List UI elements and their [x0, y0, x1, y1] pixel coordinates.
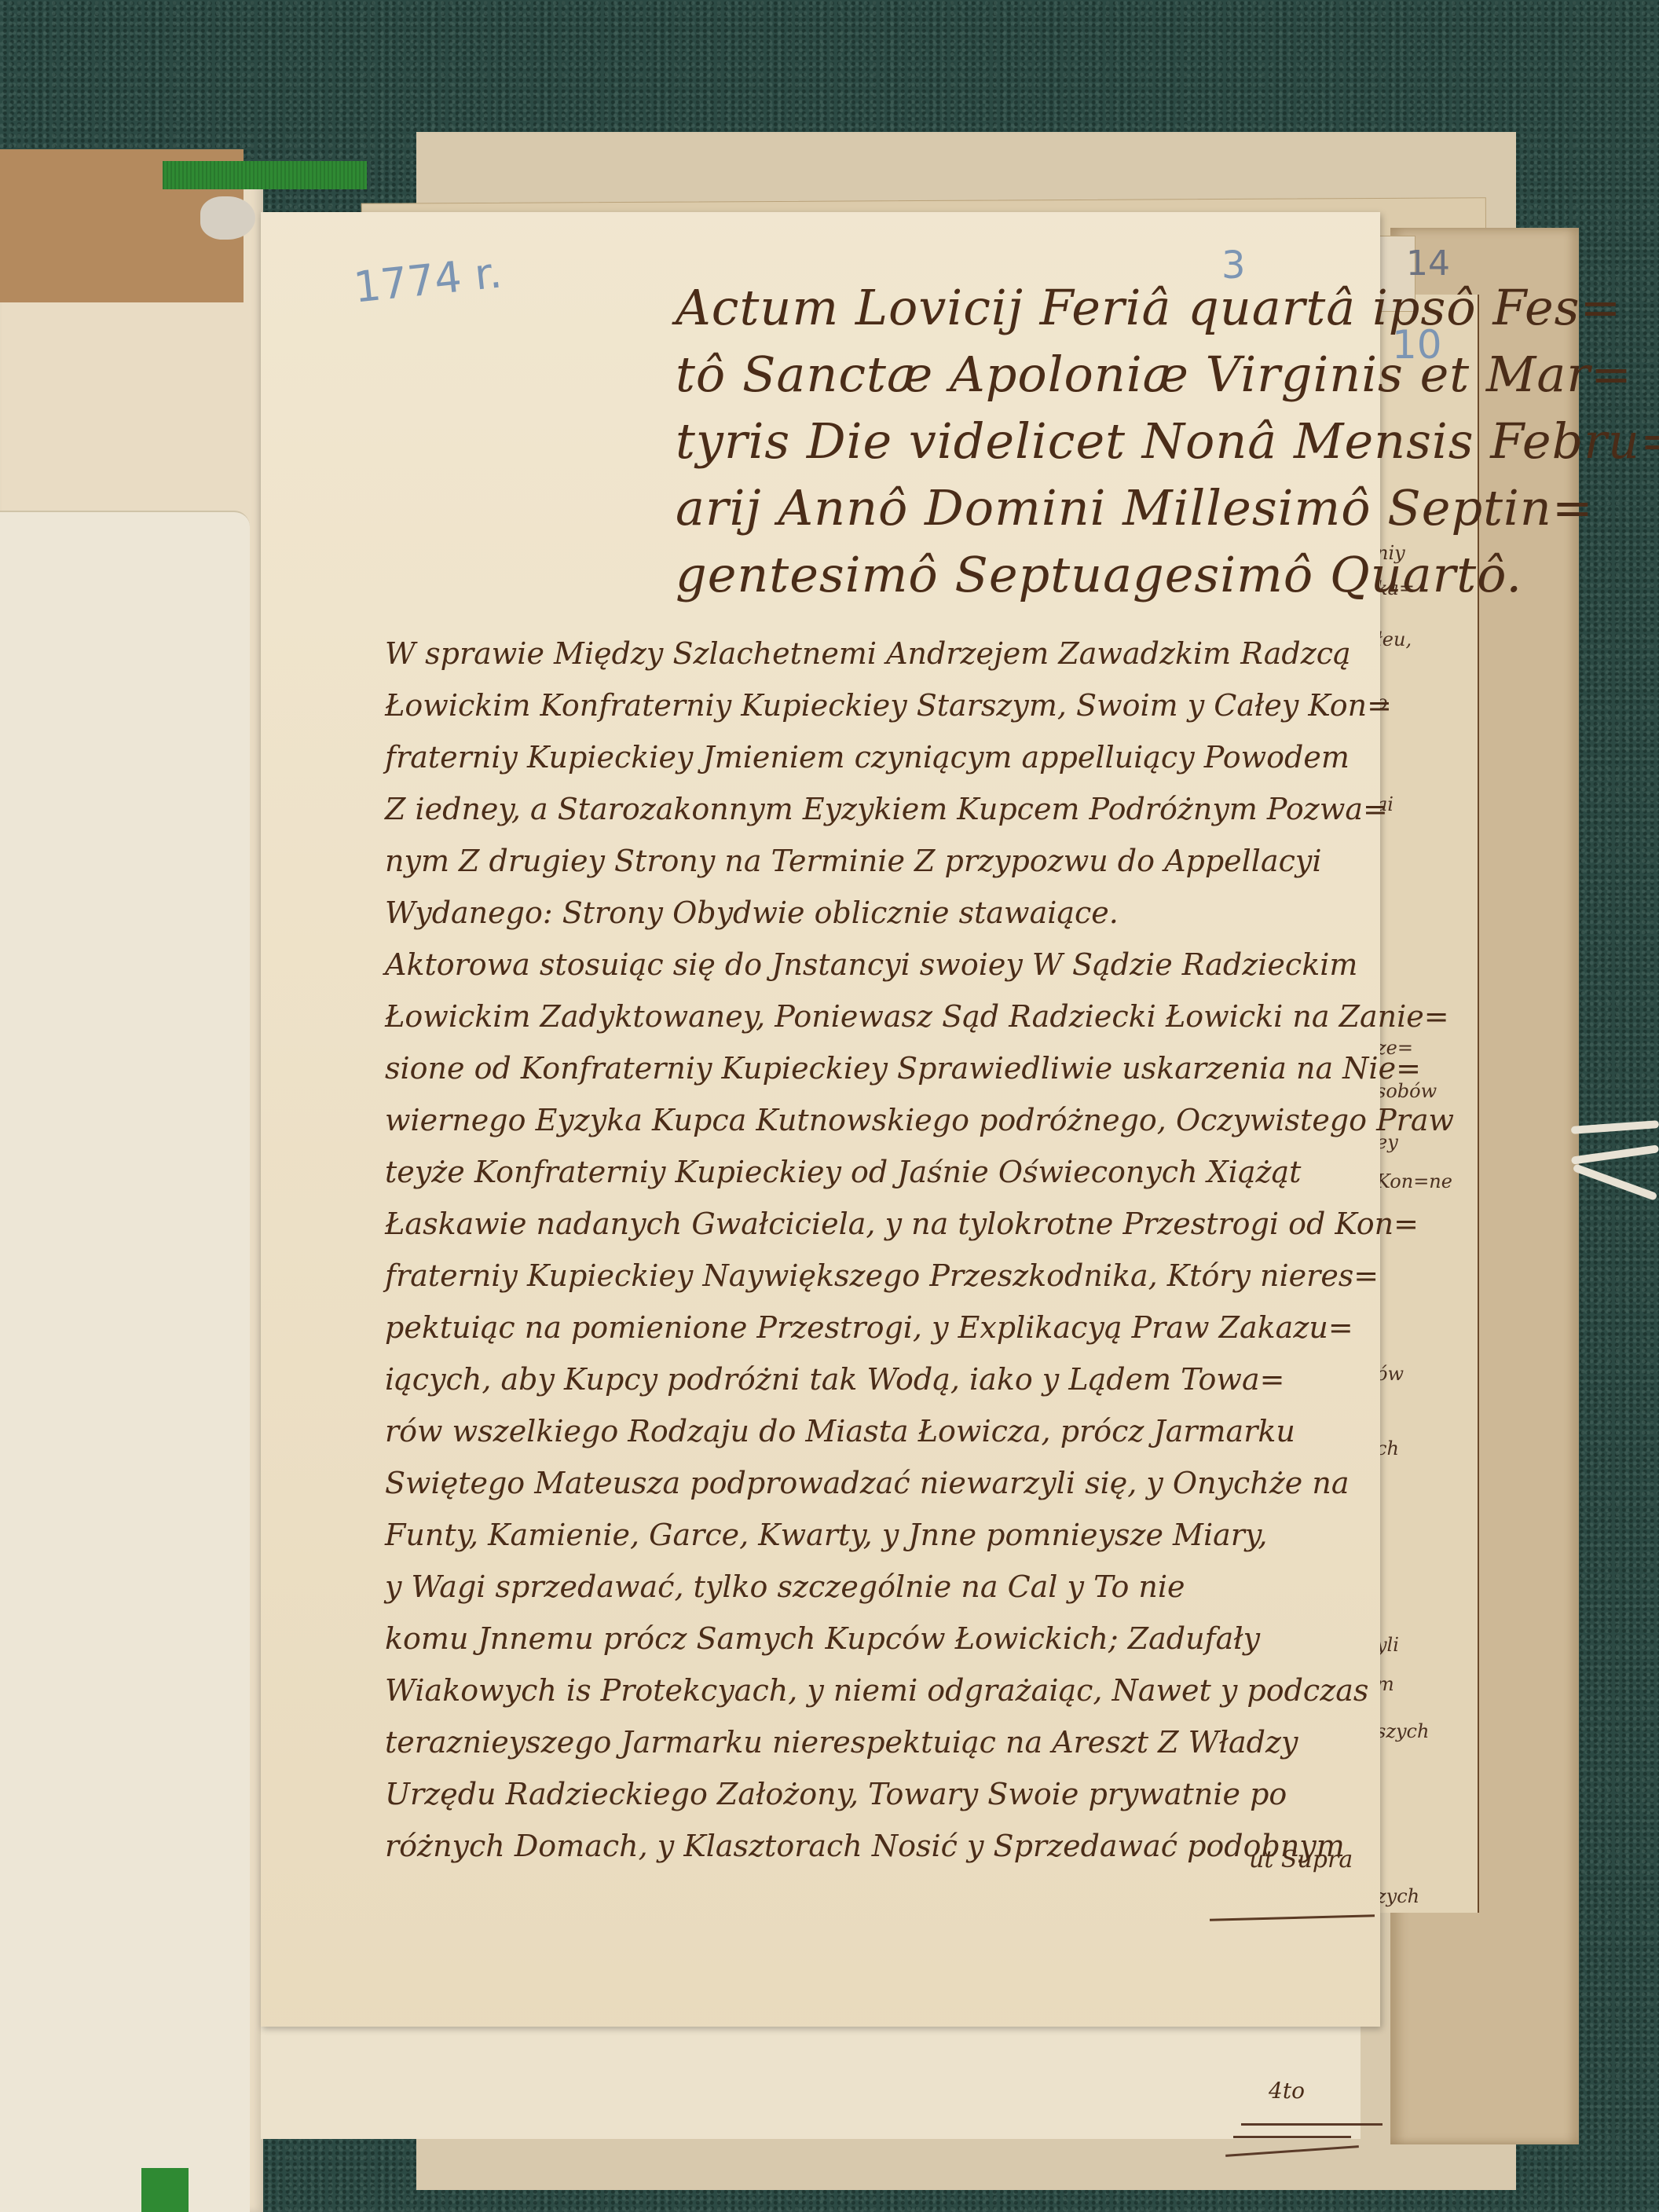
- body-line: Swiętego Mateusza podprowadzać niewarzyl…: [385, 1466, 1350, 1500]
- heading-line: tô Sanctæ Apoloniæ Virginis et Mar=: [676, 346, 1632, 403]
- body-line: Urzędu Radzieckiego Założony, Towary Swo…: [385, 1777, 1287, 1811]
- margin-fragment: łeu,: [1376, 628, 1412, 650]
- sheet-number-top: 14: [1406, 244, 1450, 284]
- body-line: wiernego Eyzyka Kupca Kutnowskiego podró…: [385, 1103, 1454, 1137]
- body-line: sione od Konfraterniy Kupieckiey Sprawie…: [385, 1051, 1421, 1086]
- body-line: y Wagi sprzedawać, tylko szczególnie na …: [385, 1569, 1185, 1604]
- heading-line: tyris Die videlicet Nonâ Mensis Febru=: [676, 412, 1659, 470]
- body-line: teyże Konfraterniy Kupieckiey od Jaśnie …: [385, 1155, 1301, 1189]
- body-line: Funty, Kamienie, Garce, Kwarty, y Jnne p…: [385, 1518, 1267, 1552]
- margin-fragment: ów: [1376, 1363, 1404, 1385]
- margin-fragment: szych: [1376, 1720, 1429, 1742]
- left-inner-sheet: [0, 511, 250, 2212]
- body-line: pektuiąc na pomienione Przestrogi, y Exp…: [385, 1310, 1353, 1345]
- body-line: Wydanego: Strony Obydwie oblicznie stawa…: [385, 895, 1119, 930]
- body-line: Łaskawie nadanych Gwałciciela, y na tylo…: [385, 1207, 1419, 1241]
- margin-fragment: zych: [1376, 1885, 1419, 1907]
- body-line: komu Jnnemu prócz Samych Kupców Łowickic…: [385, 1621, 1260, 1656]
- body-line: Wiakowych is Protekcyach, y niemi odgraż…: [385, 1673, 1368, 1708]
- body-line: fraterniy Kupieckiey Jmieniem czyniącym …: [385, 740, 1350, 775]
- page-underlay: [261, 2011, 1361, 2139]
- green-binding-tape-bottom: [141, 2168, 189, 2212]
- cover-label-tear: [200, 196, 255, 240]
- body-line: rów wszelkiego Rodzaju do Miasta Łowicza…: [385, 1414, 1295, 1448]
- body-line: Łowickim Zadyktowaney, Poniewasz Sąd Rad…: [385, 999, 1449, 1034]
- closing-ut-supra: ut Supra: [1249, 1846, 1353, 1873]
- heading-line: Actum Lovicij Feriâ quartâ ipsô Fes=: [676, 279, 1621, 336]
- body-line: Łowickim Konfraterniy Kupieckiey Starszy…: [385, 688, 1392, 723]
- body-line: Z iedney, a Starozakonnym Eyzykiem Kupce…: [385, 792, 1388, 826]
- body-line: nym Z drugiey Strony na Terminie Z przyp…: [385, 844, 1322, 878]
- body-line: teraznieyszego Jarmarku nierespektuiąc n…: [385, 1725, 1298, 1760]
- signature-flourish: [1225, 2109, 1398, 2164]
- body-line: W sprawie Między Szlachetnemi Andrzejem …: [385, 636, 1351, 671]
- body-line: Aktorowa stosuiąc się do Jnstancyi swoie…: [385, 947, 1357, 982]
- green-binding-tape: [163, 161, 367, 189]
- heading-line: gentesimô Septuagesimô Quartô.: [676, 546, 1522, 603]
- margin-fragment: Kon=ne: [1376, 1170, 1452, 1192]
- signature-number: 4to: [1269, 2078, 1305, 2104]
- body-line: różnych Domach, y Klasztorach Nosić y Sp…: [385, 1829, 1345, 1863]
- body-line: iących, aby Kupcy podróżni tak Wodą, iak…: [385, 1362, 1284, 1397]
- heading-line: arij Annô Domini Millesimô Septin=: [676, 479, 1594, 537]
- body-line: fraterniy Kupieckiey Naywiększego Przesz…: [385, 1258, 1379, 1293]
- binding-ties: [1571, 1115, 1659, 1241]
